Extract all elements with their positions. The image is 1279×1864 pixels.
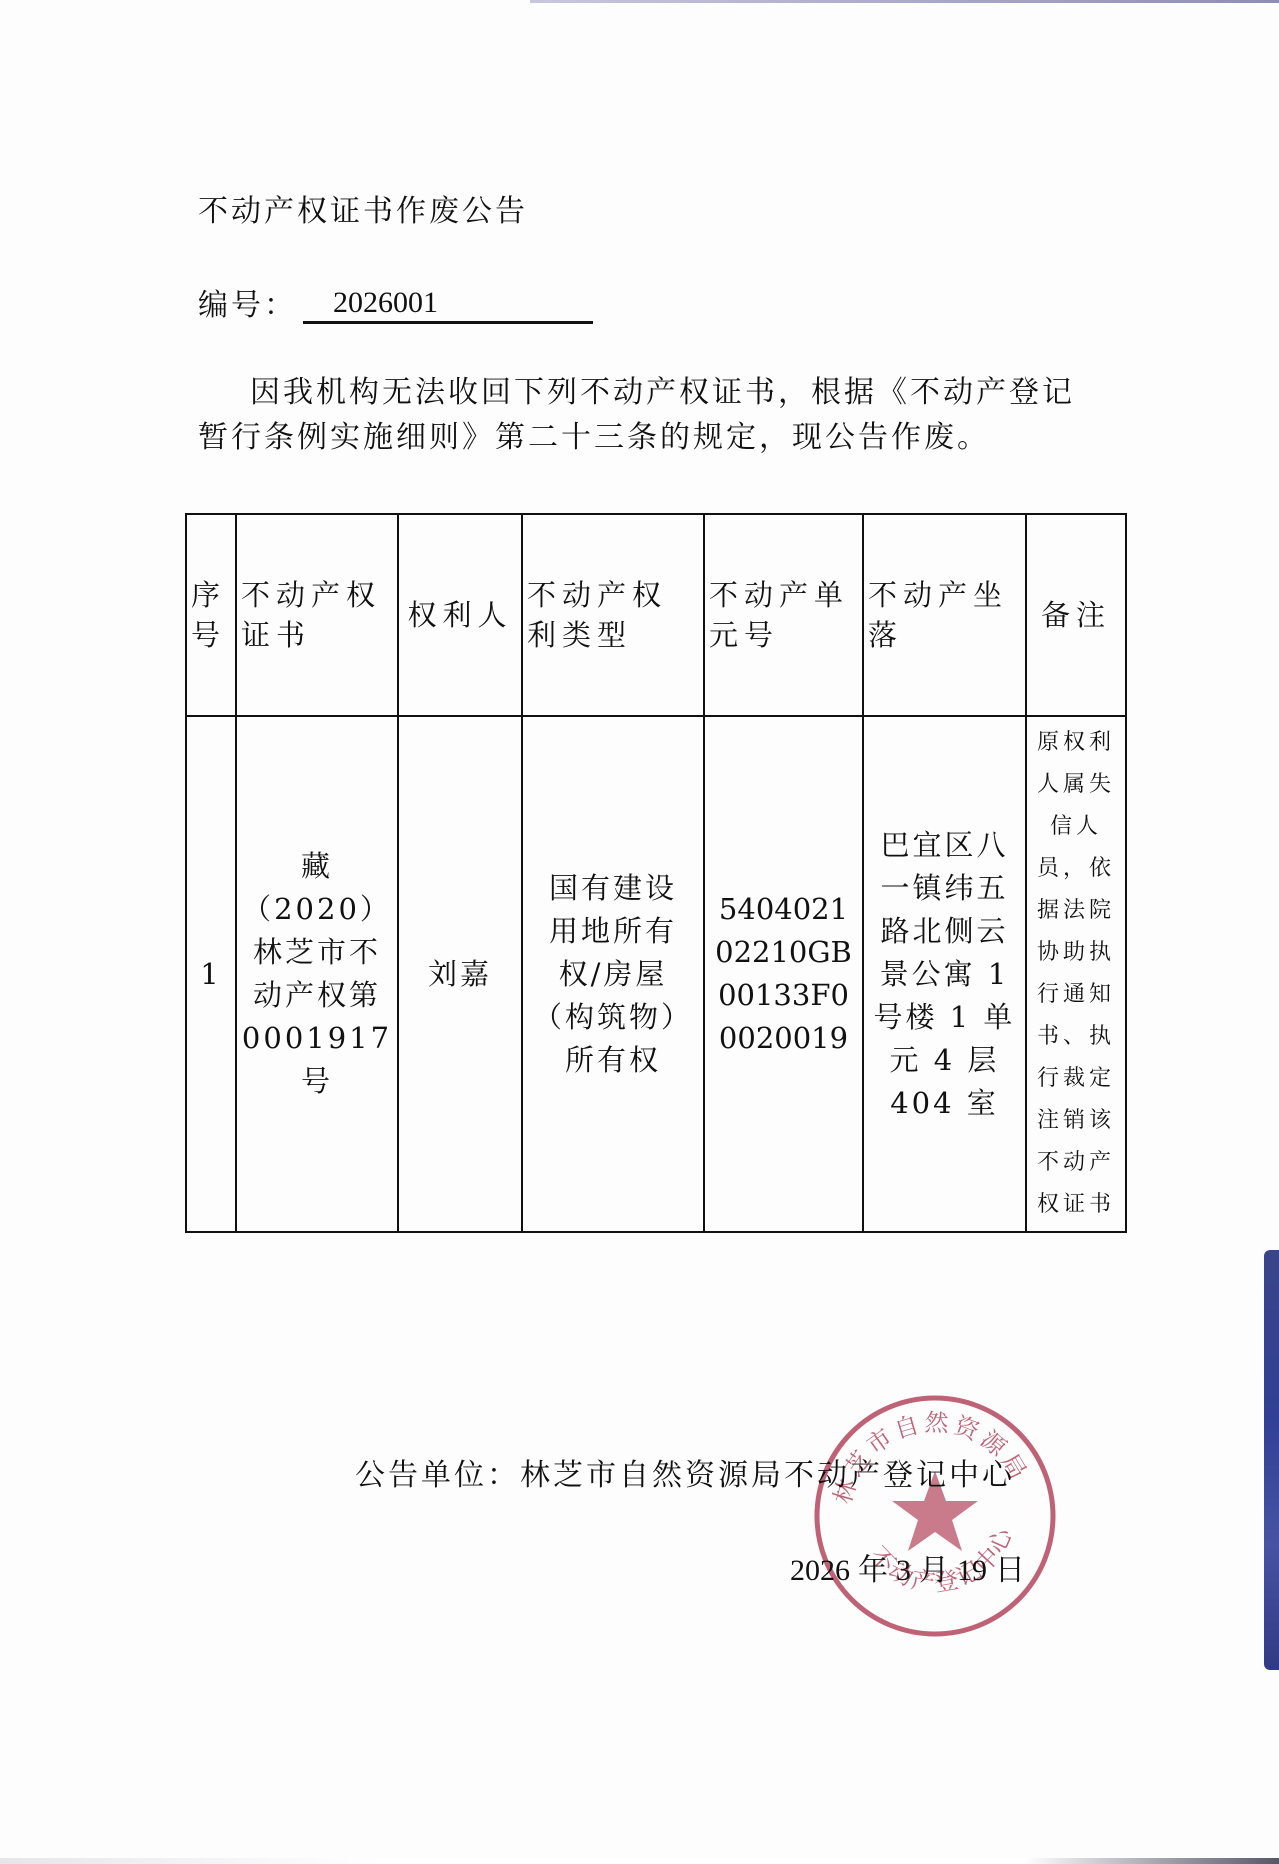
cell-line: 5404021 xyxy=(709,888,858,931)
issue-date: 2026年3月19日 xyxy=(790,1545,1025,1589)
cell-remark: 原权利人属失信人员，依据法院协助执行通知书、执行裁定注销该不动产权证书 xyxy=(1026,716,1126,1232)
header-remark: 备注 xyxy=(1026,514,1126,716)
header-line: 权利人 xyxy=(403,595,517,635)
cell-line: 权证书 xyxy=(1031,1184,1121,1226)
header-certificate: 不动产权证书 xyxy=(236,514,398,716)
cell-seq: 1 xyxy=(186,716,236,1232)
header-line: 序 xyxy=(191,575,231,615)
table-row: 1 藏（2020）林芝市不动产权第0001917号 刘嘉 国有建设用地所有权/房… xyxy=(186,716,1126,1232)
header-unit-number: 不动产单元号 xyxy=(704,514,863,716)
cell-line: 林芝市不 xyxy=(241,931,393,974)
document-number-value: 2026001 xyxy=(303,285,593,324)
header-line: 元号 xyxy=(709,615,858,655)
header-line: 号 xyxy=(191,615,231,655)
cell-right-type: 国有建设用地所有权/房屋（构筑物）所有权 xyxy=(522,716,704,1232)
cell-line: 信人 xyxy=(1031,806,1121,848)
header-line: 备注 xyxy=(1031,595,1121,635)
cell-line: 404 室 xyxy=(868,1082,1021,1125)
cell-line: 00133F0 xyxy=(709,974,858,1017)
cell-certificate: 藏（2020）林芝市不动产权第0001917号 xyxy=(236,716,398,1232)
cell-line: 02210GB xyxy=(709,931,858,974)
cell-line: 藏（2020） xyxy=(241,845,393,931)
cell-line: 巴宜区八 xyxy=(868,824,1021,867)
date-month: 3 xyxy=(896,1554,911,1587)
document-number-label: 编号： xyxy=(198,280,297,324)
cell-line: 员，依 xyxy=(1031,848,1121,890)
cell-line: 0001917 xyxy=(241,1017,393,1060)
date-year-unit: 年 xyxy=(858,1553,888,1588)
notice-paragraph: 因我机构无法收回下列不动产权证书，根据《不动产登记暂行条例实施细则》第二十三条的… xyxy=(198,370,1098,460)
cell-line: 号 xyxy=(241,1060,393,1103)
cell-line: 用地所有 xyxy=(527,910,699,953)
official-seal-stamp: 林芝市自然资源局 不动产登记中心 xyxy=(812,1393,1058,1639)
header-line: 利类型 xyxy=(527,615,699,655)
table-header-row: 序号不动产权证书权利人不动产权利类型不动产单元号不动产坐落备注 xyxy=(186,514,1126,716)
cell-line: 景公寓 1 xyxy=(868,953,1021,996)
cell-line: 权/房屋 xyxy=(527,953,699,996)
cell-unit-number: 540402102210GB00133F00020019 xyxy=(704,716,863,1232)
page-bottom-edge xyxy=(0,1858,1279,1864)
cell-line: 0020019 xyxy=(709,1017,858,1060)
cell-owner: 刘嘉 xyxy=(398,716,522,1232)
header-location: 不动产坐落 xyxy=(863,514,1026,716)
document-number-row: 编号： 2026001 xyxy=(198,280,593,324)
folder-edge-decoration xyxy=(1264,1250,1279,1670)
cell-line: 书、执 xyxy=(1031,1016,1121,1058)
header-owner: 权利人 xyxy=(398,514,522,716)
header-line: 落 xyxy=(868,615,1021,655)
cell-line: （构筑物） xyxy=(527,996,699,1039)
cell-line: 原权利 xyxy=(1031,722,1121,764)
cell-location: 巴宜区八一镇纬五路北侧云景公寓 1号楼 1 单元 4 层404 室 xyxy=(863,716,1026,1232)
cell-line: 协助执 xyxy=(1031,932,1121,974)
cell-line: 路北侧云 xyxy=(868,910,1021,953)
header-line: 不动产坐 xyxy=(868,575,1021,615)
date-day: 19 xyxy=(957,1554,987,1587)
header-line: 不动产权 xyxy=(527,575,699,615)
date-month-unit: 月 xyxy=(919,1553,949,1588)
certificate-table: 序号不动产权证书权利人不动产权利类型不动产单元号不动产坐落备注 1 藏（2020… xyxy=(185,513,1127,1233)
cell-line: 国有建设 xyxy=(527,867,699,910)
cell-line: 不动产 xyxy=(1031,1142,1121,1184)
cell-line: 行裁定 xyxy=(1031,1058,1121,1100)
cell-line: 人属失 xyxy=(1031,764,1121,806)
header-line: 不动产单 xyxy=(709,575,858,615)
header-line: 不动产权 xyxy=(241,575,393,615)
header-seq: 序号 xyxy=(186,514,236,716)
header-line: 证书 xyxy=(241,615,393,655)
cell-line: 所有权 xyxy=(527,1039,699,1082)
issuing-authority: 公告单位：林芝市自然资源局不动产登记中心 xyxy=(355,1450,1015,1494)
header-right-type: 不动产权利类型 xyxy=(522,514,704,716)
cell-line: 据法院 xyxy=(1031,890,1121,932)
cell-line: 元 4 层 xyxy=(868,1039,1021,1082)
document-title: 不动产权证书作废公告 xyxy=(198,186,528,230)
cell-line: 注销该 xyxy=(1031,1100,1121,1142)
cell-line: 动产权第 xyxy=(241,974,393,1017)
cell-line: 一镇纬五 xyxy=(868,867,1021,910)
date-day-unit: 日 xyxy=(995,1553,1025,1588)
cell-line: 号楼 1 单 xyxy=(868,996,1021,1039)
cell-line: 行通知 xyxy=(1031,974,1121,1016)
date-year: 2026 xyxy=(790,1554,850,1587)
page-top-edge xyxy=(530,0,1279,3)
